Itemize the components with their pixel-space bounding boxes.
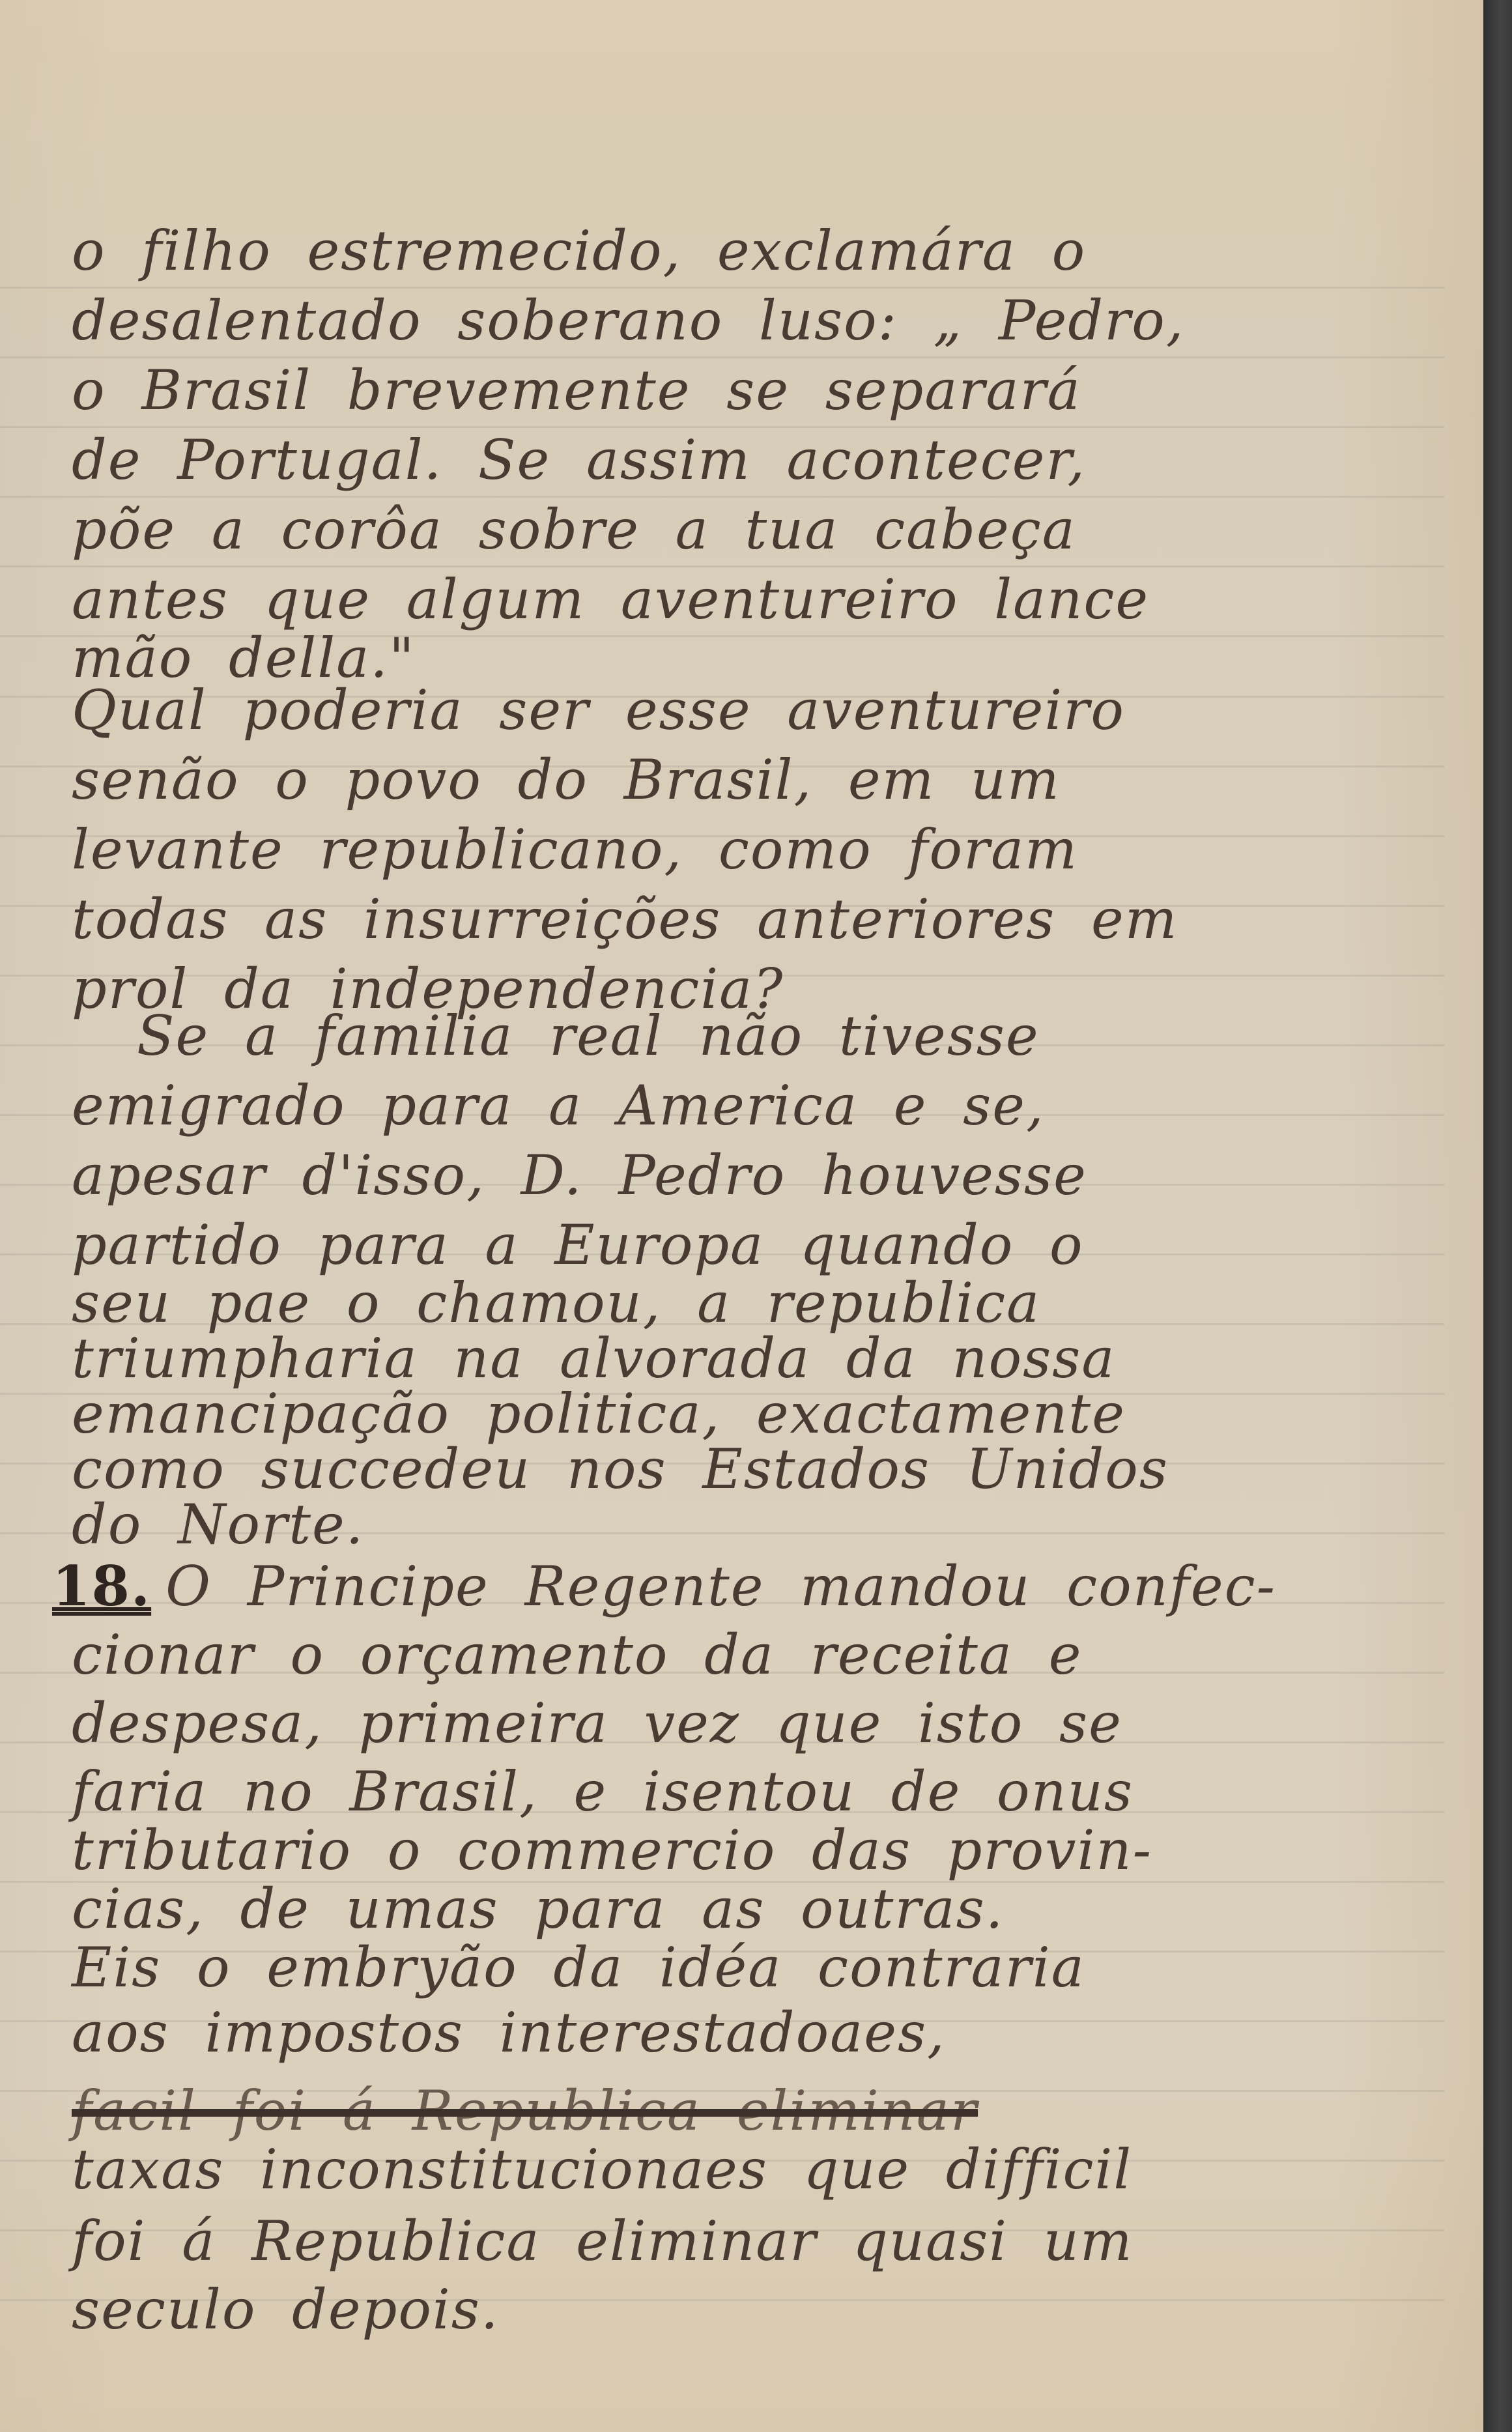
manuscript-line: taxas inconstitucionaes que difficil — [72, 2137, 1444, 2202]
manuscript-line: põe a corôa sobre a tua cabeça — [72, 497, 1444, 562]
manuscript-line: aos impostos interestadoaes, — [72, 2000, 1444, 2065]
manuscript-line: Qual poderia ser esse aventureiro — [72, 678, 1444, 743]
manuscript-line: apesar d'isso, D. Pedro houvesse — [72, 1143, 1444, 1208]
struck-through-line: facil foi á Republica eliminar — [72, 2078, 1444, 2143]
manuscript-line: seculo depois. — [72, 2277, 1444, 2342]
manuscript-line: Se a familia real não tivesse — [137, 1003, 1444, 1068]
manuscript-line: emigrado para a America e se, — [72, 1073, 1444, 1138]
manuscript-line: todas as insurreições anteriores em — [72, 887, 1444, 952]
manuscript-line: o Brasil brevemente se separará — [72, 358, 1444, 423]
manuscript-line: senão o povo do Brasil, em um — [72, 747, 1444, 812]
manuscript-line: cias, de umas para as outras. — [72, 1876, 1444, 1941]
manuscript-line: faria no Brasil, e isentou de onus — [72, 1759, 1444, 1824]
manuscript-line: do Norte. — [72, 1492, 1444, 1557]
manuscript-page: o filho estremecido, exclamára o desalen… — [0, 0, 1483, 2432]
manuscript-line: o filho estremecido, exclamára o — [72, 218, 1444, 283]
section-number: 18. — [52, 1554, 151, 1618]
book-binding-edge — [1483, 0, 1512, 2432]
manuscript-line: despesa, primeira vez que isto se — [72, 1691, 1444, 1756]
manuscript-line: levante republicano, como foram — [72, 817, 1444, 882]
manuscript-line: partido para a Europa quando o — [72, 1212, 1444, 1278]
manuscript-line: antes que algum aventureiro lance — [72, 567, 1444, 632]
manuscript-line: desalentado soberano luso: „ Pedro, — [72, 288, 1444, 353]
manuscript-line: foi á Republica eliminar quasi um — [72, 2209, 1444, 2274]
manuscript-line: tributario o commercio das provin- — [72, 1818, 1444, 1883]
manuscript-line: cionar o orçamento da receita e — [72, 1622, 1444, 1687]
section-18-heading-line: 18.O Principe Regente mandou confec- — [52, 1554, 1444, 1619]
manuscript-line: de Portugal. Se assim acontecer, — [72, 427, 1444, 493]
manuscript-line: Eis o embryão da idéa contraria — [72, 1935, 1444, 2000]
